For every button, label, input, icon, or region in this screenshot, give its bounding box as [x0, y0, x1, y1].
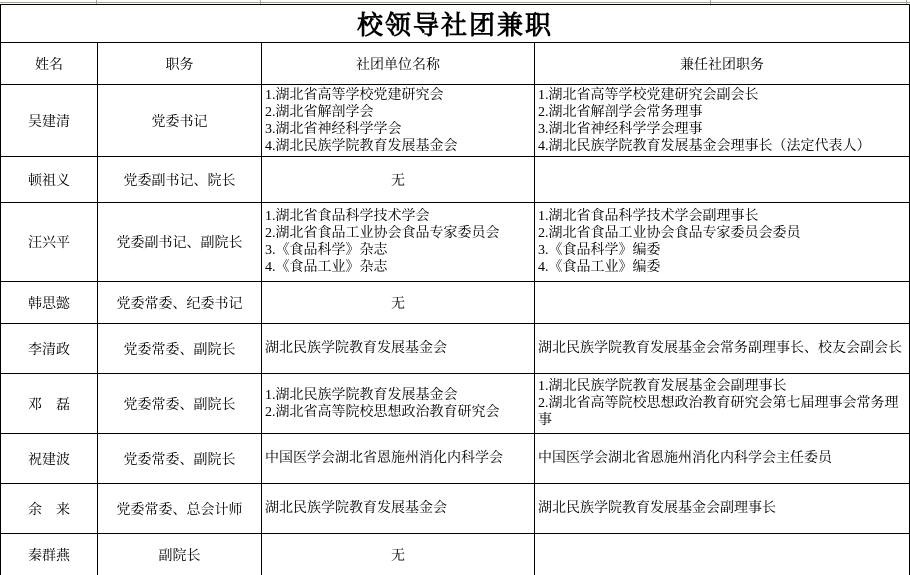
table-row: 邓 磊 党委常委、副院长 1.湖北民族学院教育发展基金会 2.湖北省高等院校思想…: [1, 374, 910, 434]
cell-organizations: 1.湖北民族学院教育发展基金会 2.湖北省高等院校思想政治教育研究会: [262, 374, 535, 434]
table-row: 汪兴平 党委副书记、副院长 1.湖北省食品科学技术学会 2.湖北省食品工业协会食…: [1, 203, 910, 282]
cell-roles: 1.湖北省食品科学技术学会副理事长 2.湖北省食品工业协会食品专家委员会委员 3…: [535, 203, 910, 282]
cropped-row-above: [0, 0, 910, 4]
cell-roles: 中国医学会湖北省恩施州消化内科学会主任委员: [535, 434, 910, 484]
cell-position: 党委副书记、副院长: [98, 203, 262, 282]
cell-position: 党委副书记、院长: [98, 157, 262, 203]
cell-organizations: 无: [262, 282, 535, 324]
cell-organizations: 1.湖北省高等学校党建研究会 2.湖北省解剖学会 3.湖北省神经科学学会 4.湖…: [262, 85, 535, 157]
header-row: 姓名 职务 社团单位名称 兼任社团职务: [1, 43, 910, 85]
cell-roles: 1.湖北民族学院教育发展基金会副理事长 2.湖北省高等院校思想政治教育研究会第七…: [535, 374, 910, 434]
col-header-role: 兼任社团职务: [535, 43, 910, 85]
cell-name: 祝建波: [1, 434, 98, 484]
title-row: 校领导社团兼职: [1, 5, 910, 43]
cell-organizations: 无: [262, 534, 535, 575]
cell-position: 党委常委、纪委书记: [98, 282, 262, 324]
cell-name: 顿祖义: [1, 157, 98, 203]
cell-position: 党委常委、总会计师: [98, 484, 262, 534]
table-row: 余 来 党委常委、总会计师 湖北民族学院教育发展基金会 湖北民族学院教育发展基金…: [1, 484, 910, 534]
table-row: 秦群燕 副院长 无: [1, 534, 910, 575]
cell-name: 邓 磊: [1, 374, 98, 434]
cell-name: 李清政: [1, 324, 98, 374]
cell-name: 余 来: [1, 484, 98, 534]
cell-name: 秦群燕: [1, 534, 98, 575]
col-header-organization: 社团单位名称: [262, 43, 535, 85]
spreadsheet-view: 校领导社团兼职 姓名 职务 社团单位名称 兼任社团职务 吴建清 党委书记 1.湖…: [0, 0, 910, 575]
cell-organizations: 1.湖北省食品科学技术学会 2.湖北省食品工业协会食品专家委员会 3.《食品科学…: [262, 203, 535, 282]
cell-position: 党委常委、副院长: [98, 434, 262, 484]
table-row: 李清政 党委常委、副院长 湖北民族学院教育发展基金会 湖北民族学院教育发展基金会…: [1, 324, 910, 374]
cell-name: 韩思懿: [1, 282, 98, 324]
cell-position: 副院长: [98, 534, 262, 575]
table-row: 韩思懿 党委常委、纪委书记 无: [1, 282, 910, 324]
cell-roles: 湖北民族学院教育发展基金会副理事长: [535, 484, 910, 534]
cell-organizations: 中国医学会湖北省恩施州消化内科学会: [262, 434, 535, 484]
cell-position: 党委书记: [98, 85, 262, 157]
cell-name: 汪兴平: [1, 203, 98, 282]
col-header-name: 姓名: [1, 43, 98, 85]
cell-organizations: 湖北民族学院教育发展基金会: [262, 324, 535, 374]
cell-roles: [535, 157, 910, 203]
gridline: [0, 2, 910, 3]
table-row: 祝建波 党委常委、副院长 中国医学会湖北省恩施州消化内科学会 中国医学会湖北省恩…: [1, 434, 910, 484]
cell-position: 党委常委、副院长: [98, 374, 262, 434]
table-row: 吴建清 党委书记 1.湖北省高等学校党建研究会 2.湖北省解剖学会 3.湖北省神…: [1, 85, 910, 157]
cell-organizations: 无: [262, 157, 535, 203]
cell-roles: [535, 534, 910, 575]
cell-organizations: 湖北民族学院教育发展基金会: [262, 484, 535, 534]
cell-roles: [535, 282, 910, 324]
cell-position: 党委常委、副院长: [98, 324, 262, 374]
table-row: 顿祖义 党委副书记、院长 无: [1, 157, 910, 203]
cell-name: 吴建清: [1, 85, 98, 157]
leaders-table: 校领导社团兼职 姓名 职务 社团单位名称 兼任社团职务 吴建清 党委书记 1.湖…: [0, 4, 910, 575]
cell-roles: 1.湖北省高等学校党建研究会副会长 2.湖北省解剖学会常务理事 3.湖北省神经科…: [535, 85, 910, 157]
page-title: 校领导社团兼职: [1, 5, 910, 43]
cell-roles: 湖北民族学院教育发展基金会常务副理事长、校友会副会长: [535, 324, 910, 374]
col-header-position: 职务: [98, 43, 262, 85]
